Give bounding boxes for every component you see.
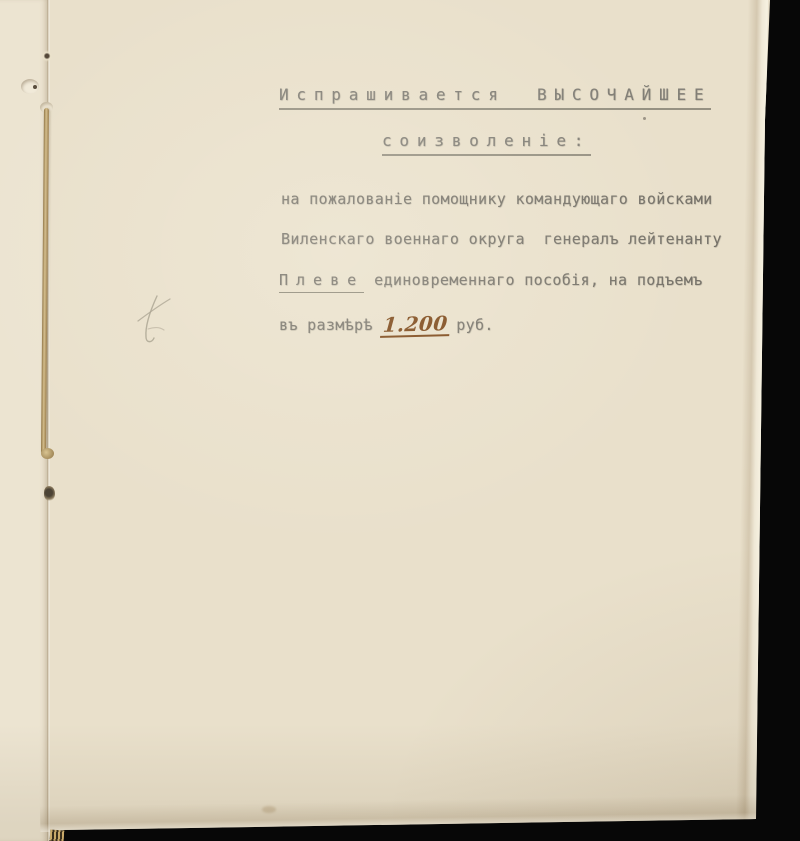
- body-line-3: Плевеединовременнаго пособія, на подъемъ: [279, 271, 702, 289]
- paper-speck: [643, 117, 646, 120]
- page-right-edge: [735, 0, 768, 841]
- photo-shading: [0, 0, 800, 841]
- pencil-scribble: [136, 293, 176, 345]
- thread-ends-bottom: [50, 830, 65, 841]
- amount-prefix: въ размѣрѣ: [279, 316, 373, 334]
- body-line-4: въ размѣрѣ1.200руб.: [279, 313, 494, 336]
- heading-line-1: Испрашивается ВЫСОЧАЙШЕЕ: [279, 86, 711, 104]
- body-line-2: Виленскаго военнаго округа генералъ лейт…: [281, 230, 722, 248]
- handwritten-amount: 1.200: [380, 313, 451, 338]
- stitch-hole-top: [41, 50, 53, 62]
- thread-knot: [41, 448, 54, 459]
- surname-underlined: Плеве: [279, 271, 364, 293]
- stitch-hole-bottom: [44, 486, 55, 501]
- page-bottom-edge: [40, 794, 780, 832]
- heading-line-1-text: Испрашивается ВЫСОЧАЙШЕЕ: [279, 85, 711, 110]
- stitch-hole-torn-dot: [33, 85, 37, 89]
- archival-photo: Испрашивается ВЫСОЧАЙШЕЕ соизволеніе: на…: [0, 0, 800, 841]
- body-line-3-rest: единовременнаго пособія, на подъемъ: [374, 271, 702, 289]
- heading-line-2: соизволеніе:: [382, 132, 591, 150]
- document-page: Испрашивается ВЫСОЧАЙШЕЕ соизволеніе: на…: [0, 0, 800, 841]
- amount-suffix: руб.: [456, 316, 494, 334]
- heading-line-2-text: соизволеніе:: [382, 131, 591, 156]
- body-line-1: на пожалованіе помощнику командующаго во…: [281, 190, 713, 208]
